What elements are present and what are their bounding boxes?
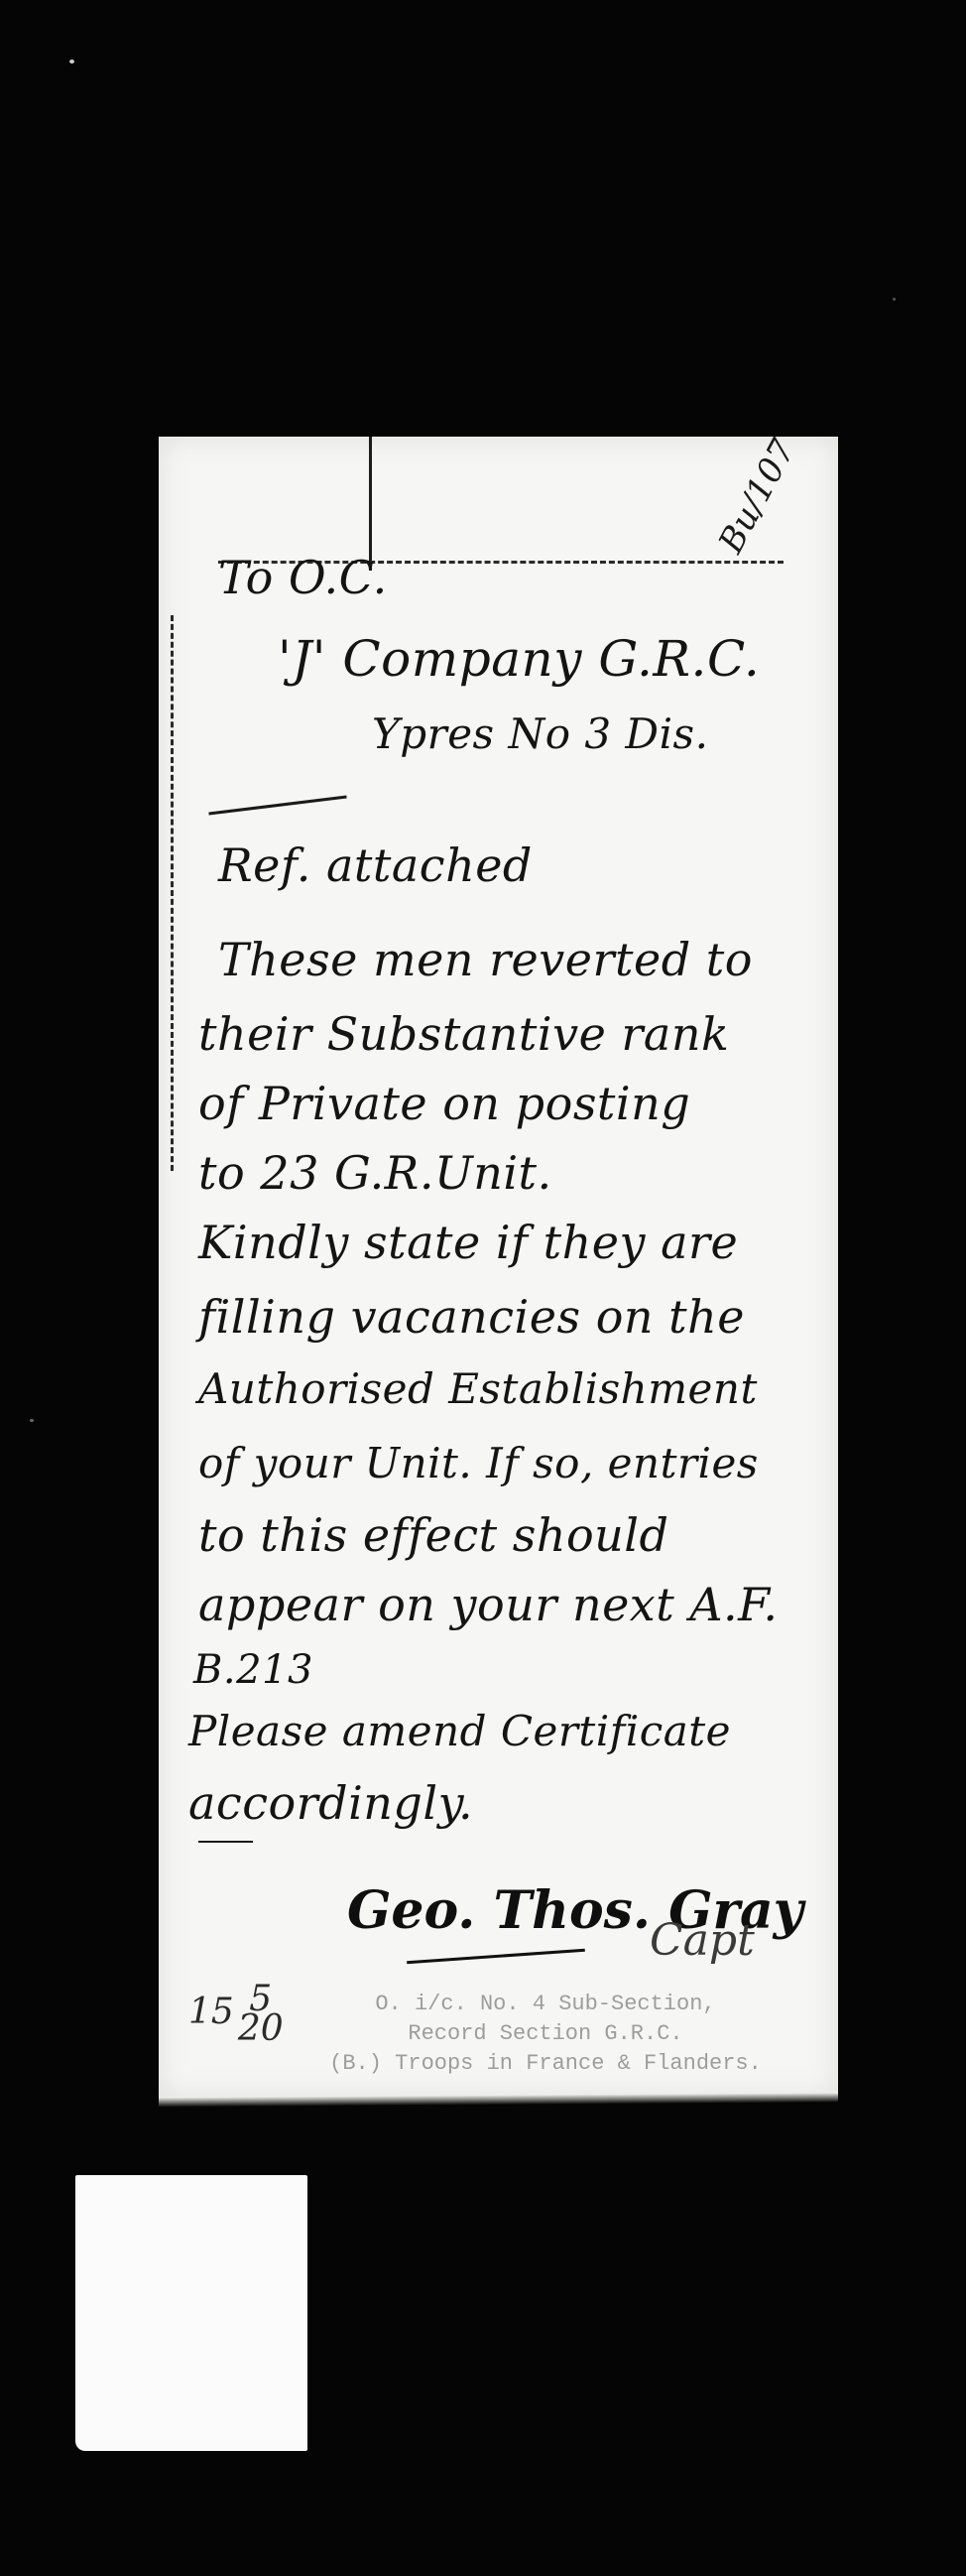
body-line: their Substantive rank [198, 1007, 729, 1061]
body-line: Authorised Establishment [198, 1364, 758, 1413]
reference-mark: Bu/107 [711, 433, 803, 560]
address-underline [208, 795, 346, 815]
scan-speck [893, 298, 896, 301]
body-line: B.213 [193, 1647, 313, 1693]
body-line: Ref. attached [218, 838, 533, 892]
scan-speck [69, 60, 74, 64]
body-line: Please amend Certificate [188, 1707, 731, 1755]
body-line: Kindly state if they are [198, 1216, 738, 1269]
address-line-3: Ypres No 3 Dis. [372, 709, 708, 758]
stamp-line-1: O. i/c. No. 4 Sub-Section, [327, 1990, 764, 2019]
body-line: of your Unit. If so, entries [198, 1439, 759, 1487]
date-year: 20 [238, 2014, 284, 2044]
stamp-line-2: Record Section G.R.C. [327, 2019, 764, 2049]
signatory-rank: Capt [650, 1915, 755, 1966]
date-fraction: 520 [238, 1985, 284, 2044]
date-written: 15520 [188, 1985, 284, 2044]
closing-underline [198, 1841, 253, 1843]
scan-speck [30, 1419, 34, 1422]
blank-index-card [75, 2175, 307, 2451]
date-day: 15 [188, 1992, 234, 2032]
signature-underline [407, 1949, 585, 1965]
body-line: accordingly. [188, 1776, 473, 1830]
memo-sheet: Bu/107 To O.C. 'J' Company G.R.C. Ypres … [159, 437, 838, 2099]
address-line-1: To O.C. [218, 551, 388, 604]
address-line-2: 'J' Company G.R.C. [278, 630, 760, 688]
stamp-line-3: (B.) Troops in France & Flanders. [327, 2049, 764, 2079]
margin-line [171, 615, 174, 1171]
body-line: These men reverted to [218, 933, 753, 986]
record-section-stamp: O. i/c. No. 4 Sub-Section, Record Sectio… [327, 1990, 764, 2079]
body-line: filling vacancies on the [198, 1290, 745, 1344]
body-line: to 23 G.R.Unit. [198, 1146, 552, 1200]
body-line: to this effect should [198, 1508, 668, 1562]
body-line: appear on your next A.F. [198, 1578, 779, 1631]
body-line: of Private on posting [198, 1077, 690, 1130]
